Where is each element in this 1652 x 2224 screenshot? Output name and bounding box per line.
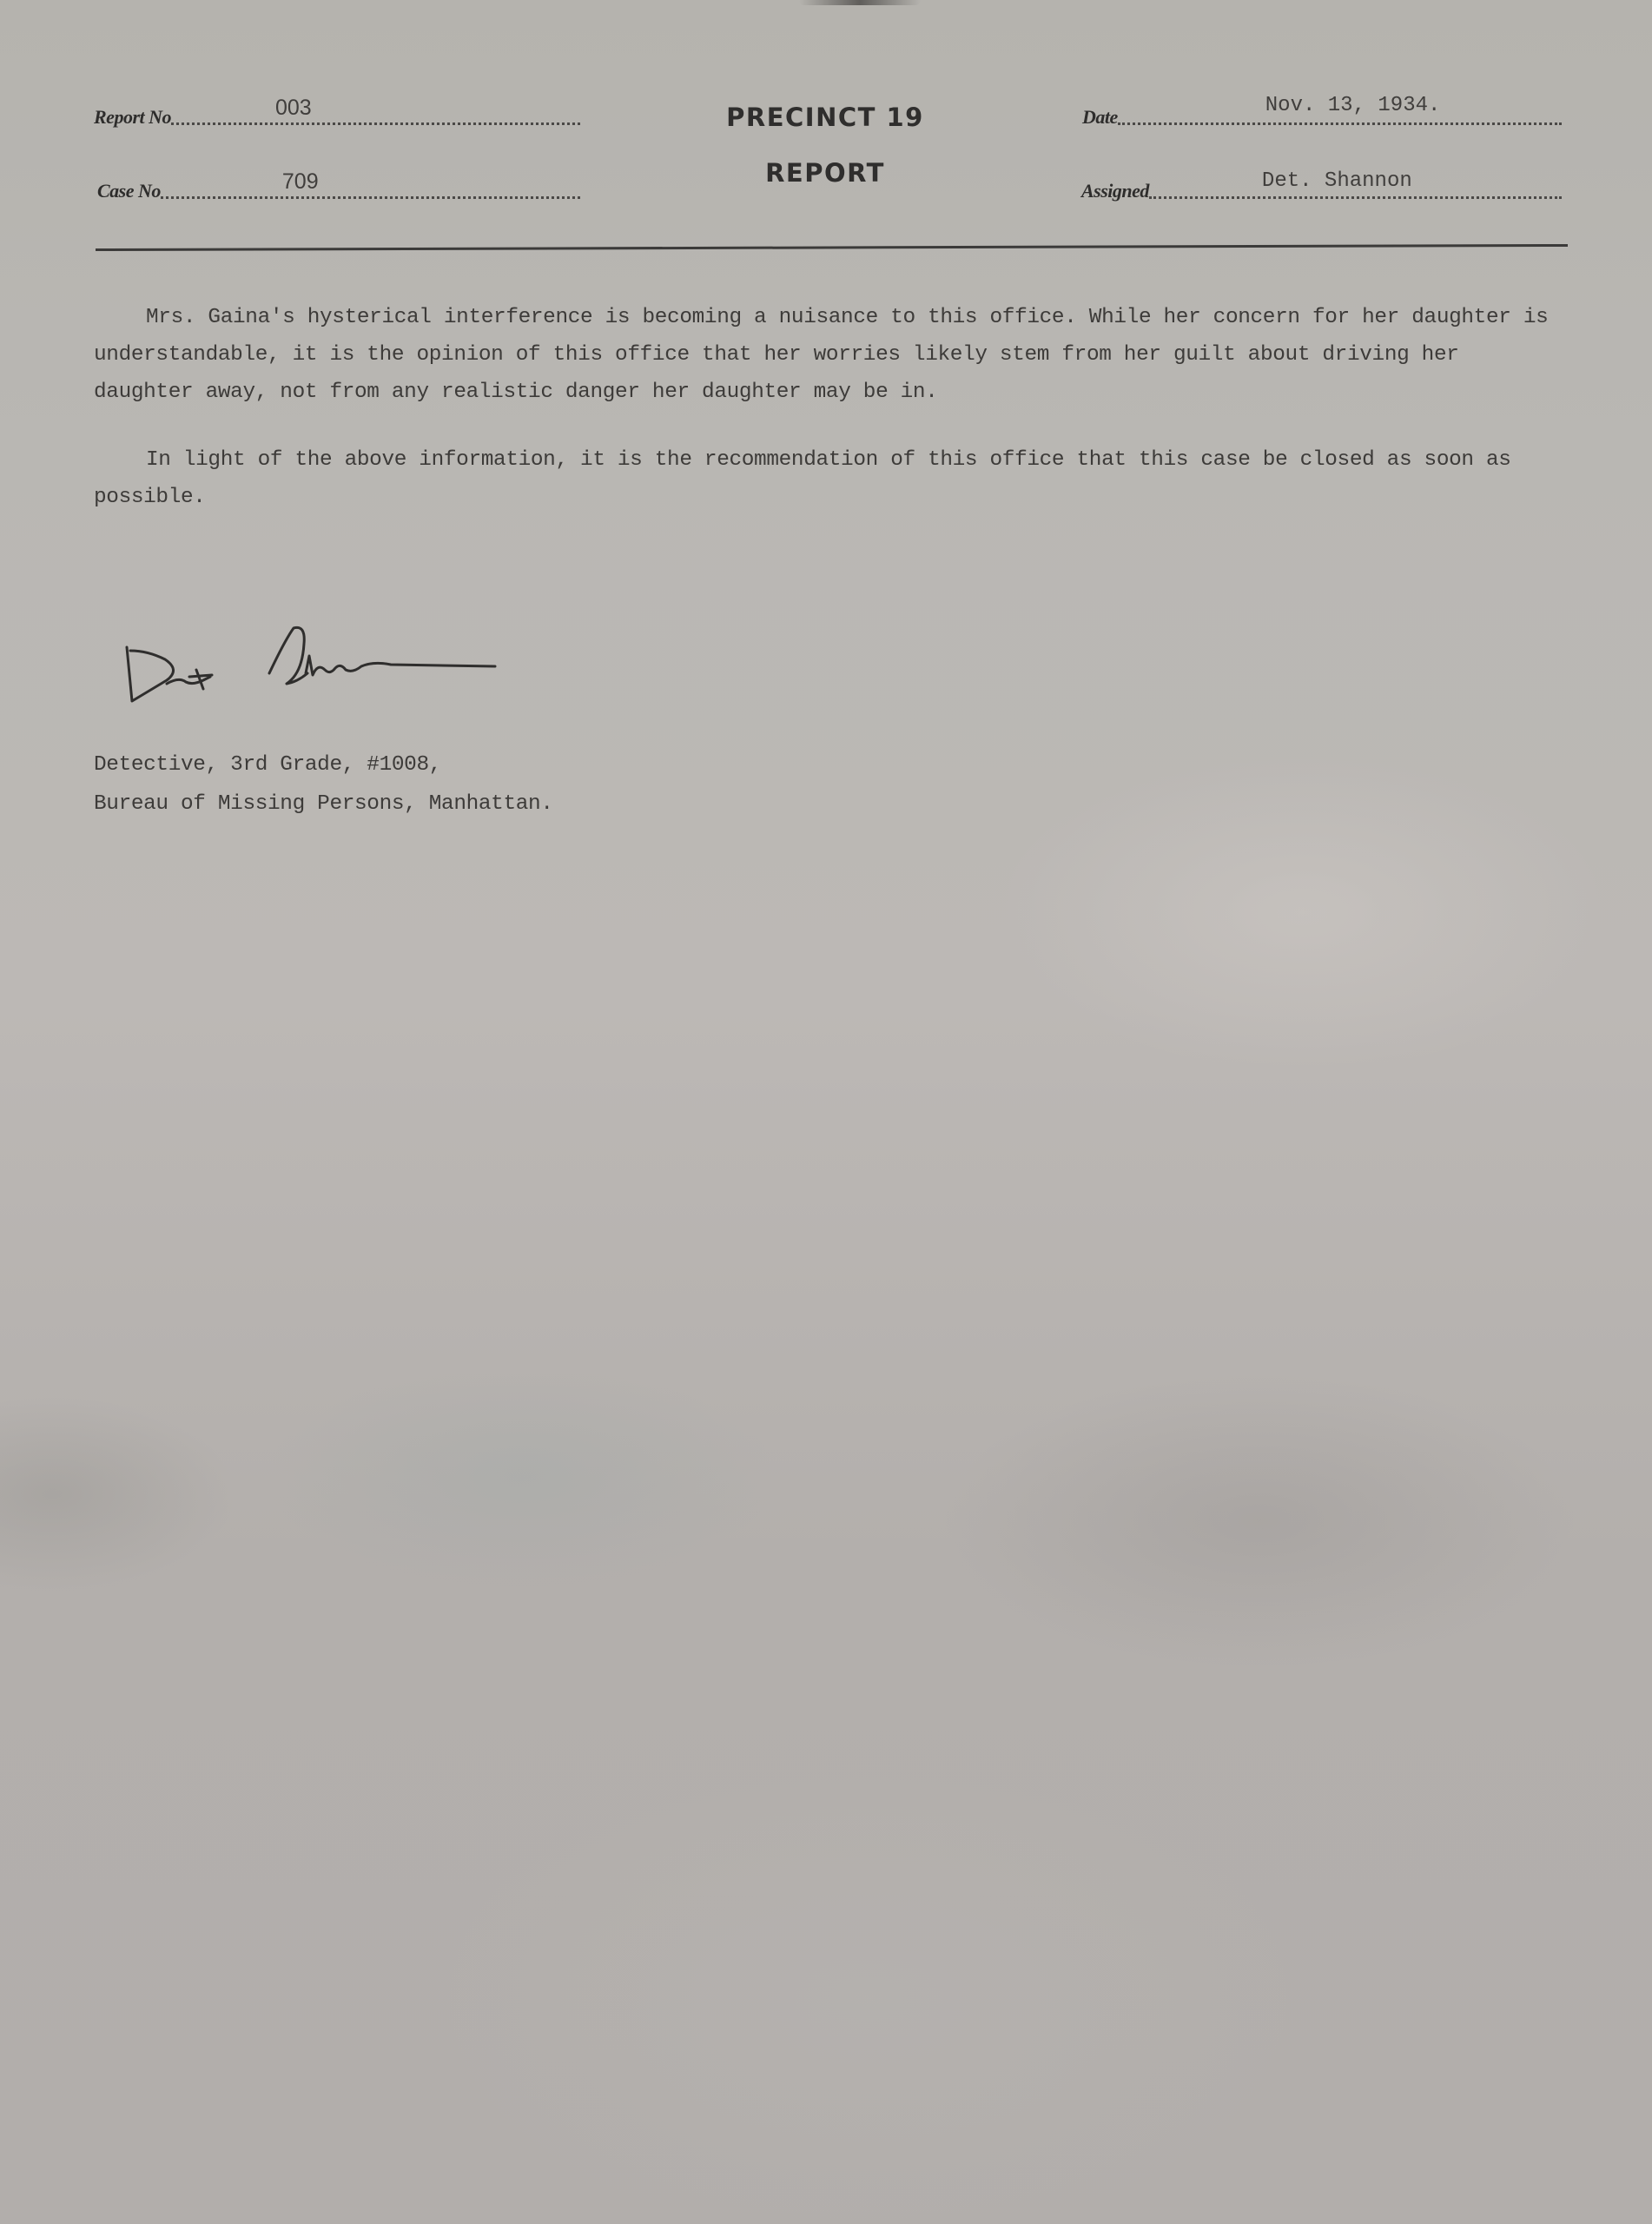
form-title-precinct: PRECINCT 19	[677, 105, 973, 130]
dotted-line: Nov. 13, 1934.	[1118, 88, 1562, 125]
dotted-line: 709	[161, 162, 580, 199]
report-number-label: Report No	[94, 108, 171, 130]
date-value: Nov. 13, 1934.	[1265, 94, 1441, 117]
assigned-field: Assigned Det. Shannon	[1081, 169, 1562, 204]
dotted-line: 003	[171, 88, 580, 125]
report-paragraph-1: Mrs. Gaina's hysterical interference is …	[94, 299, 1570, 411]
assigned-value: Det. Shannon	[1262, 169, 1412, 193]
header-divider	[96, 244, 1568, 251]
report-paragraph-2: In light of the above information, it is…	[94, 441, 1570, 516]
report-number-field: Report No 003	[94, 96, 580, 130]
report-page: Report No 003 Case No 709 PRECINCT 19 RE…	[0, 0, 1652, 2224]
paragraph-text: In light of the above information, it is…	[94, 441, 1570, 516]
paper-edge-mark	[799, 0, 921, 5]
dotted-line: Det. Shannon	[1149, 162, 1562, 199]
signature-block: Detective, 3rd Grade, #1008, Bureau of M…	[94, 745, 553, 824]
case-number-field: Case No 709	[97, 169, 580, 204]
date-label: Date	[1082, 108, 1118, 130]
handwritten-signature	[113, 612, 599, 717]
officer-bureau: Bureau of Missing Persons, Manhattan.	[94, 784, 553, 824]
report-number-value: 003	[275, 96, 312, 121]
date-field: Date Nov. 13, 1934.	[1082, 96, 1562, 130]
officer-title: Detective, 3rd Grade, #1008,	[94, 745, 553, 784]
case-number-value: 709	[282, 169, 319, 195]
paragraph-text: Mrs. Gaina's hysterical interference is …	[94, 299, 1570, 411]
form-title-report: REPORT	[677, 161, 973, 186]
case-number-label: Case No	[97, 182, 161, 204]
assigned-label: Assigned	[1081, 182, 1149, 204]
